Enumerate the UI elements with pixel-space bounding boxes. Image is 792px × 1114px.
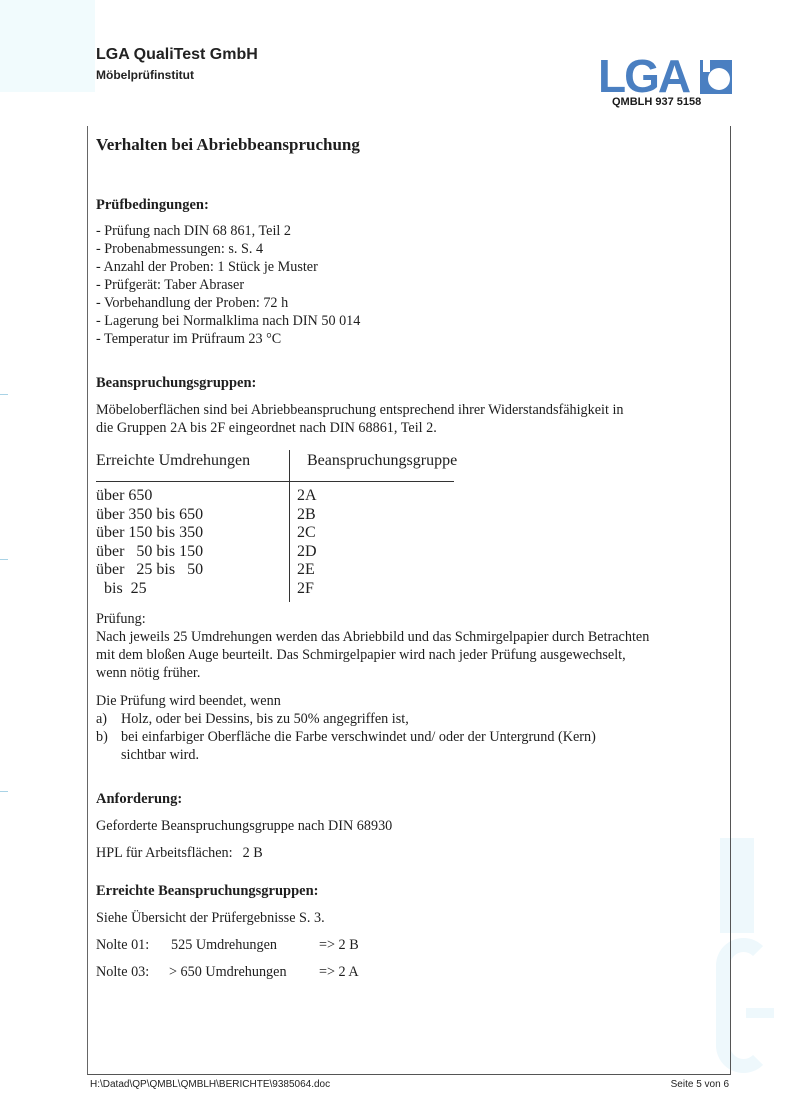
table-cell: über 650 [96, 487, 152, 505]
table-row: über 50 bis 1502D [96, 543, 454, 562]
list-item: - Lagerung bei Normalklima nach DIN 50 0… [96, 312, 736, 330]
requirement-line: HPL für Arbeitsflächen:2 B [96, 844, 736, 862]
list-marker: b) [96, 728, 108, 746]
table-header: Erreichte Umdrehungen [96, 452, 250, 470]
result-row: Nolte 03: > 650 Umdrehungen => 2 A [96, 963, 736, 981]
section-anforderung: Anforderung: Geforderte Beanspruchungsgr… [96, 790, 736, 862]
logo-emblem-icon [700, 60, 732, 94]
list-item: - Probenabmessungen: s. S. 4 [96, 240, 736, 258]
table-cell: 2A [297, 487, 317, 505]
table-row: bis 252F [96, 580, 454, 599]
table-cell: 2E [297, 561, 315, 579]
section-pruefbedingungen: Prüfbedingungen: - Prüfung nach DIN 68 8… [96, 196, 736, 348]
list-item: - Temperatur im Prüfraum 23 °C [96, 330, 736, 348]
table-cell: 2C [297, 524, 316, 542]
list-item: a) Holz, oder bei Dessins, bis zu 50% an… [96, 710, 736, 728]
list-item-text: bei einfarbiger Oberfläche die Farbe ver… [96, 728, 736, 746]
scan-background-tint [0, 0, 95, 92]
list-item: - Vorbehandlung der Proben: 72 h [96, 294, 736, 312]
table-row: über 25 bis 502E [96, 561, 454, 580]
result-group: => 2 A [319, 963, 359, 981]
table-cell: über 50 bis 150 [96, 543, 203, 561]
lga-logo: LGA QMBLH 937 5158 [598, 56, 738, 116]
footer-page-number: Seite 5 von 6 [671, 1079, 729, 1090]
requirement-label: HPL für Arbeitsflächen: [96, 845, 233, 861]
logo-code: QMBLH 937 5158 [612, 96, 701, 108]
result-revolutions: 525 Umdrehungen [171, 936, 277, 954]
table-row: über 150 bis 3502C [96, 524, 454, 543]
table-divider [96, 481, 454, 482]
table-cell: bis 25 [96, 580, 147, 598]
list-item-text: sichtbar wird. [96, 746, 736, 764]
margin-mark [0, 791, 8, 792]
paragraph-line: mit dem bloßen Auge beurteilt. Das Schmi… [96, 646, 736, 664]
section-heading: Prüfbedingungen: [96, 196, 736, 214]
section-erreichte: Erreichte Beanspruchungsgruppen: Siehe Ü… [96, 882, 736, 981]
result-sample: Nolte 01: [96, 936, 149, 954]
page-title: Verhalten bei Abriebbeanspruchung [96, 135, 360, 155]
list-item: b) bei einfarbiger Oberfläche die Farbe … [96, 728, 736, 764]
list-item: - Anzahl der Proben: 1 Stück je Muster [96, 258, 736, 276]
paragraph-line: Geforderte Beanspruchungsgruppe nach DIN… [96, 817, 736, 835]
paragraph-line: die Gruppen 2A bis 2F eingeordnet nach D… [96, 419, 736, 437]
section-heading: Anforderung: [96, 790, 736, 808]
list-item: - Prüfgerät: Taber Abraser [96, 276, 736, 294]
margin-mark [0, 559, 8, 560]
result-sample: Nolte 03: [96, 963, 149, 981]
list-item: - Prüfung nach DIN 68 861, Teil 2 [96, 222, 736, 240]
section-heading: Beanspruchungsgruppen: [96, 374, 736, 392]
paragraph-line: Die Prüfung wird beendet, wenn [96, 692, 736, 710]
paragraph-label: Prüfung: [96, 610, 736, 628]
list-item-text: Holz, oder bei Dessins, bis zu 50% angeg… [96, 710, 736, 728]
margin-mark [0, 394, 8, 395]
table-cell: 2D [297, 543, 317, 561]
section-heading: Erreichte Beanspruchungsgruppen: [96, 882, 736, 900]
table-cell: 2F [297, 580, 314, 598]
company-name: LGA QualiTest GmbH [96, 46, 258, 64]
table-cell: über 150 bis 350 [96, 524, 203, 542]
table-row: über 350 bis 6502B [96, 506, 454, 525]
table-cell: 2B [297, 506, 316, 524]
requirement-value: 2 B [243, 845, 263, 861]
list-marker: a) [96, 710, 107, 728]
section-pruefung: Prüfung: Nach jeweils 25 Umdrehungen wer… [96, 610, 736, 764]
paragraph-line: Nach jeweils 25 Umdrehungen werden das A… [96, 628, 736, 646]
paragraph-line: Siehe Übersicht der Prüfergebnisse S. 3. [96, 909, 736, 927]
company-header: LGA QualiTest GmbH Möbelprüfinstitut [96, 46, 258, 82]
paragraph-line: Möbeloberflächen sind bei Abriebbeanspru… [96, 401, 736, 419]
result-group: => 2 B [319, 936, 359, 954]
section-beanspruchungsgruppen: Beanspruchungsgruppen: Möbeloberflächen … [96, 374, 736, 437]
paragraph-line: wenn nötig früher. [96, 664, 736, 682]
footer-file-path: H:\Datad\QP\QMBL\QMBLH\BERICHTE\9385064.… [90, 1079, 330, 1090]
table-cell: über 350 bis 650 [96, 506, 203, 524]
table-cell: über 25 bis 50 [96, 561, 203, 579]
result-revolutions: > 650 Umdrehungen [169, 963, 287, 981]
company-subtitle: Möbelprüfinstitut [96, 68, 258, 82]
logo-text: LGA [598, 56, 689, 96]
table-row: über 6502A [96, 487, 454, 506]
table-header: Beanspruchungsgruppe [307, 452, 457, 470]
result-row: Nolte 01: 525 Umdrehungen => 2 B [96, 936, 736, 954]
